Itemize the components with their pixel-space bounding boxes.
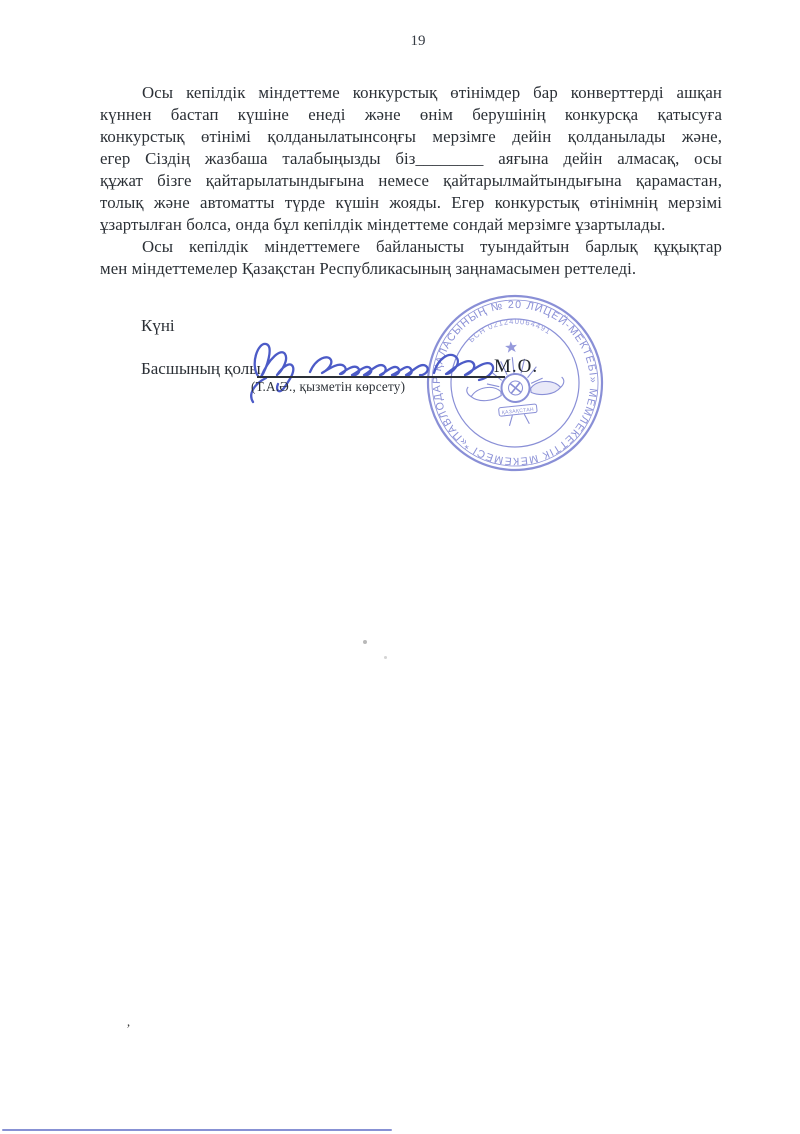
paragraph2-line: Осы кепілдік міндеттемеге байланысты туы… (100, 236, 722, 258)
scanned-document-page: 19 Осы кепілдік міндеттеме конкурстық өт… (0, 0, 800, 1134)
paragraph2-line: мен міндеттемелер Қазақстан Республикасы… (100, 258, 722, 280)
paragraph1-line: күннен бастап күшіне енеді және өнім бер… (100, 104, 722, 126)
scan-speck (384, 656, 387, 659)
paragraph1-line: егер Сіздің жазбаша талабыңызды біз_____… (100, 148, 722, 170)
paragraph1-line: ұзартылған болса, онда бұл кепілдік мінд… (100, 214, 722, 236)
paragraph1-line: конкурстық өтінімі қолданылатынсоңғы мер… (100, 126, 722, 148)
signature-line (257, 376, 505, 378)
scan-comma-mark: ’ (125, 1021, 130, 1037)
signature-stroke (310, 357, 428, 375)
seal-mark-label: М.О. (494, 356, 538, 378)
paragraph1-line: құжат бізге қайтарылатындығына немесе қа… (100, 170, 722, 192)
scan-speck (363, 640, 367, 644)
paragraph1-line: толық және автоматты түрде күшін жояды. … (100, 192, 722, 214)
emblem-horse-head-right (560, 377, 565, 387)
signature-caption: (Т.А.Ә., қызметін көрсету) (251, 379, 405, 395)
date-label: Күні (141, 316, 175, 336)
body-text: Осы кепілдік міндеттеме конкурстық өтіні… (100, 82, 722, 280)
paragraph1-line: Осы кепілдік міндеттеме конкурстық өтіні… (100, 82, 722, 104)
emblem-tassels (508, 414, 529, 426)
scan-edge-line (2, 1129, 392, 1131)
page-number: 19 (0, 33, 800, 50)
